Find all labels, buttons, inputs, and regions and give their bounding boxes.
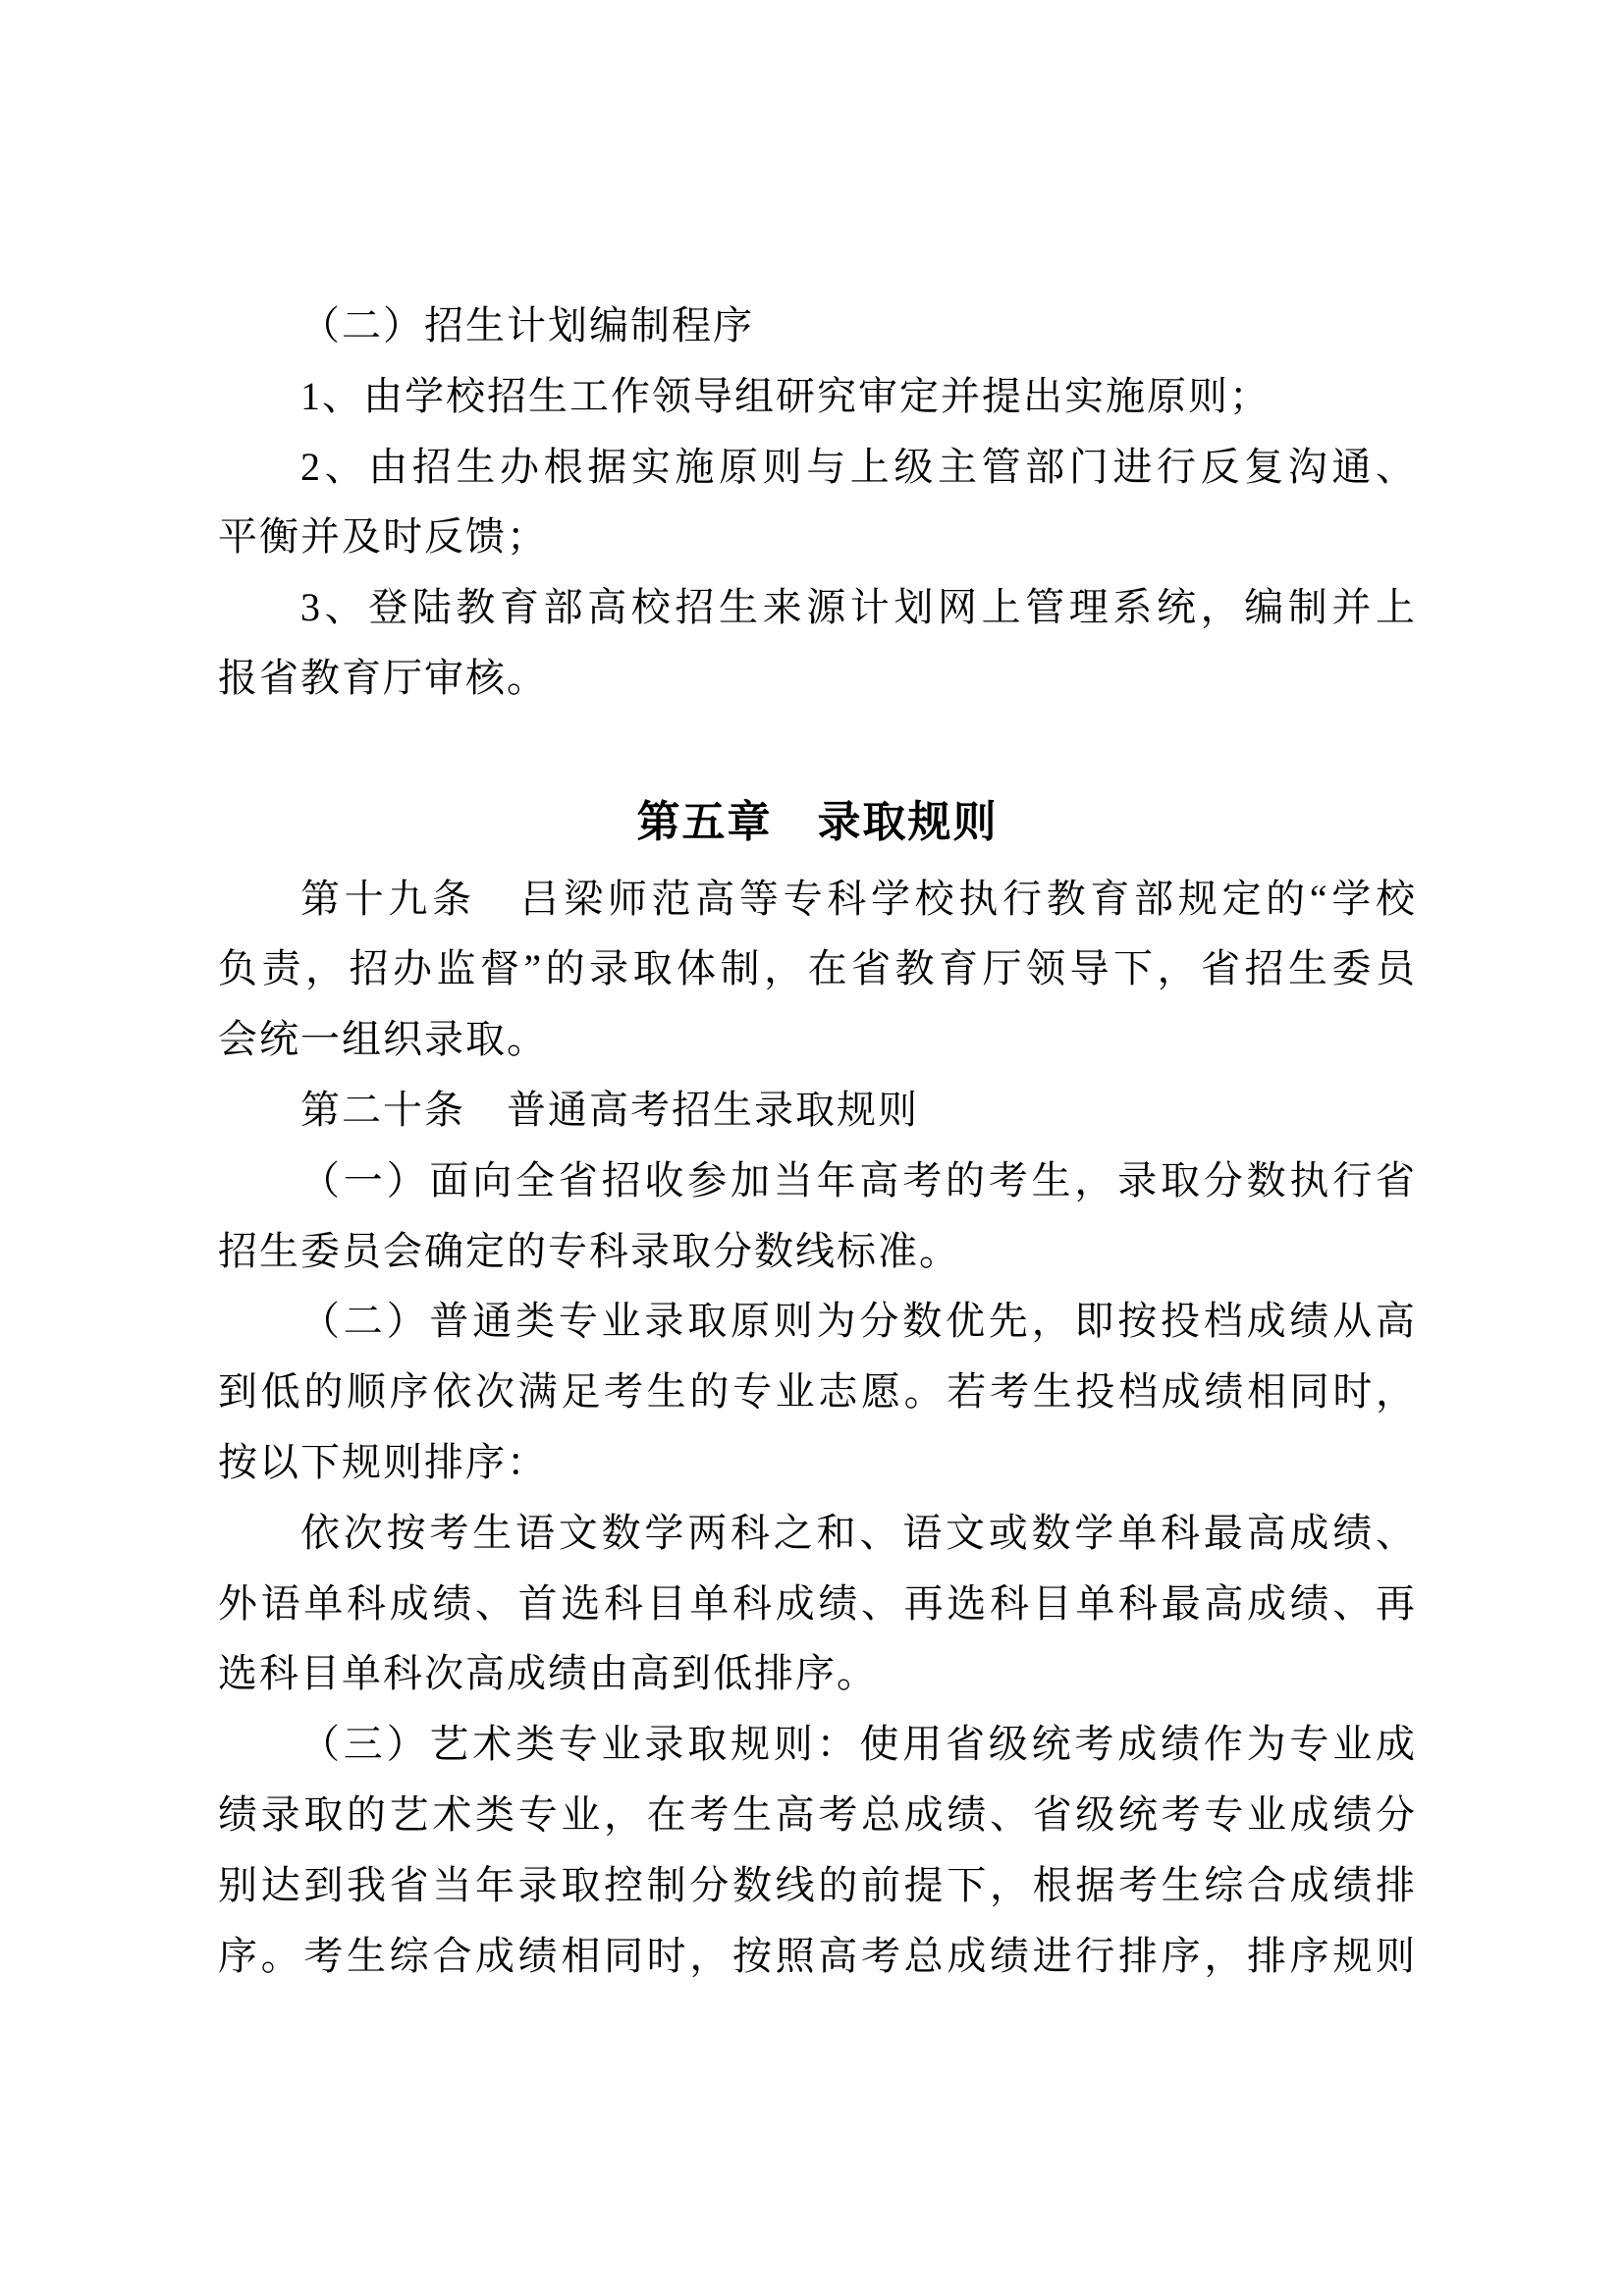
body-line: 选科目单科次高成绩由高到低排序。 — [218, 1638, 1417, 1709]
body-line: 平衡并及时反馈； — [218, 502, 1417, 572]
body-line: 第十九条 吕梁师范高等专科学校执行教育部规定的“学校 — [218, 864, 1417, 934]
body-line: （二）招生计划编制程序 — [218, 291, 1417, 361]
body-line: 第二十条 普通高考招生录取规则 — [218, 1075, 1417, 1146]
blank-line — [218, 714, 1417, 787]
body-line: 依次按考生语文数学两科之和、语文或数学单科最高成绩、 — [218, 1498, 1417, 1569]
body-line: （三）艺术类专业录取规则：使用省级统考成绩作为专业成 — [218, 1709, 1417, 1780]
body-line: （二）普通类专业录取原则为分数优先，即按投档成绩从高 — [218, 1286, 1417, 1357]
document-content: （二）招生计划编制程序 1、由学校招生工作领导组研究审定并提出实施原则； 2、由… — [218, 291, 1417, 1991]
body-line: 招生委员会确定的专科录取分数线标准。 — [218, 1216, 1417, 1287]
body-line: 外语单科成绩、首选科目单科成绩、再选科目单科最高成绩、再 — [218, 1569, 1417, 1639]
body-line: 报省教育厅审核。 — [218, 643, 1417, 714]
body-line: （一）面向全省招收参加当年高考的考生，录取分数执行省 — [218, 1146, 1417, 1216]
body-line: 绩录取的艺术类专业，在考生高考总成绩、省级统考专业成绩分 — [218, 1780, 1417, 1850]
chapter-heading: 第五章 录取规则 — [218, 787, 1417, 858]
body-line: 1、由学校招生工作领导组研究审定并提出实施原则； — [218, 361, 1417, 432]
body-line: 2、由招生办根据实施原则与上级主管部门进行反复沟通、 — [218, 432, 1417, 503]
body-line: 会统一组织录取。 — [218, 1004, 1417, 1075]
document-page: （二）招生计划编制程序 1、由学校招生工作领导组研究审定并提出实施原则； 2、由… — [0, 0, 1624, 2296]
body-line: 按以下规则排序： — [218, 1427, 1417, 1498]
body-line: 3、登陆教育部高校招生来源计划网上管理系统，编制并上 — [218, 572, 1417, 643]
body-line: 序。考生综合成绩相同时，按照高考总成绩进行排序，排序规则 — [218, 1921, 1417, 1992]
body-line: 到低的顺序依次满足考生的专业志愿。若考生投档成绩相同时， — [218, 1357, 1417, 1427]
body-line: 负责，招办监督”的录取体制，在省教育厅领导下，省招生委员 — [218, 934, 1417, 1004]
body-line: 别达到我省当年录取控制分数线的前提下，根据考生综合成绩排 — [218, 1850, 1417, 1921]
